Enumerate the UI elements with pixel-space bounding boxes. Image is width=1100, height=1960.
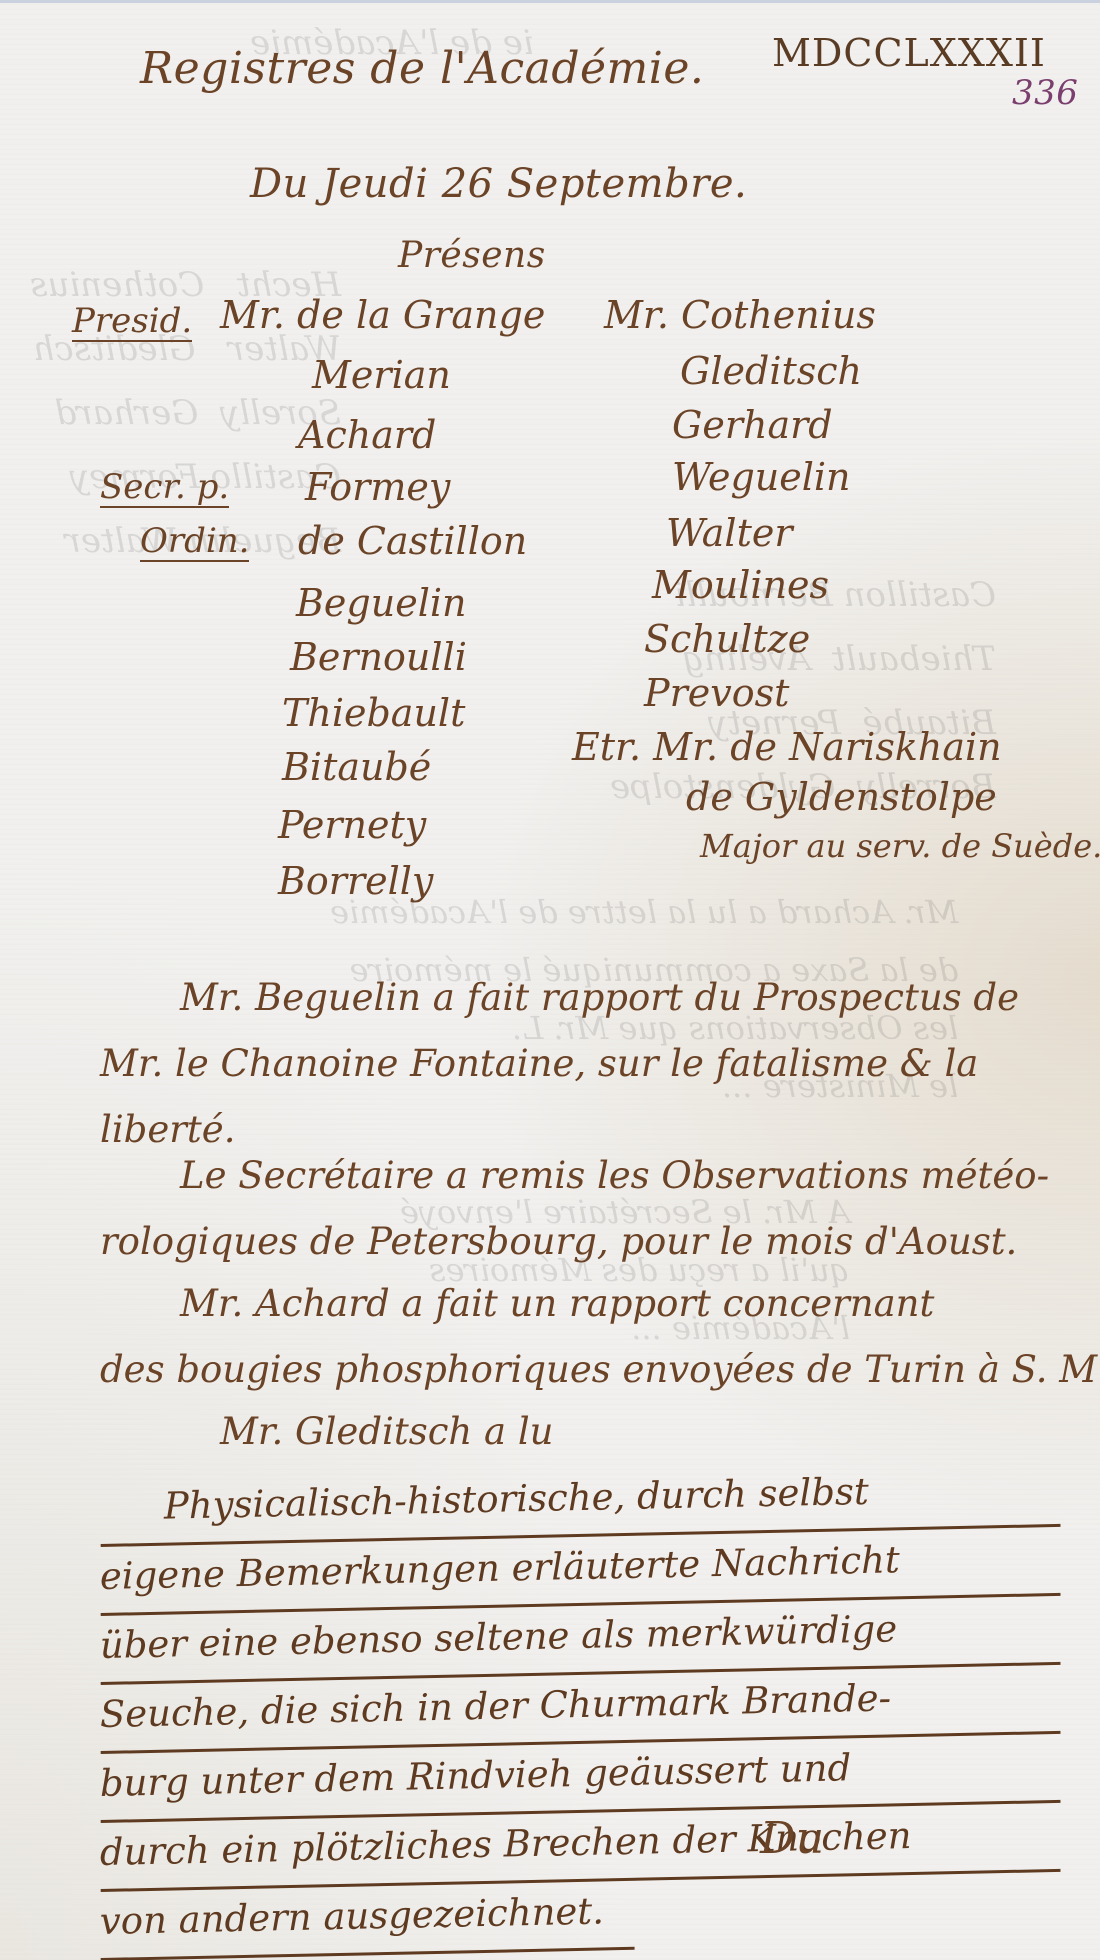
attendee-name: Moulines (652, 563, 829, 607)
minute-line: Mr. Gleditsch a lu (100, 1399, 1060, 1465)
role-secretary-label: Secr. p. (100, 469, 229, 508)
role-ordinary-label: Ordin. (140, 523, 249, 562)
year-roman-numeral: MDCCLXXXII (772, 31, 1046, 75)
minute-entry-secretary-observations: Le Secrétaire a remis les Observations m… (100, 1143, 1060, 1275)
minute-line: des bougies phosphoriques envoyées de Tu… (100, 1337, 1060, 1403)
attendee-name: Prevost (644, 671, 789, 715)
minute-entry-beguelin-report: Mr. Beguelin a fait rapport du Prospectu… (100, 965, 1060, 1163)
attendee-name: Gerhard (672, 403, 833, 447)
minute-entry-achard-report: Mr. Achard a fait un rapport concernant … (100, 1271, 1060, 1403)
attendee-name: Schultze (644, 617, 810, 661)
attendee-name: Mr. de la Grange (220, 293, 545, 337)
attendee-name: Pernety (278, 803, 426, 847)
attendee-name: Weguelin (672, 455, 851, 499)
session-date: Du Jeudi 26 Septembre. (250, 161, 747, 207)
honorary-attendee-name: Etr. Mr. de Nariskhain (572, 725, 1002, 769)
attendee-name: Achard (298, 413, 436, 457)
present-heading: Présens (398, 235, 546, 276)
honorary-attendee-name-line: de Gyldenstolpe (686, 775, 997, 819)
minute-line: Le Secrétaire a remis les Observations m… (100, 1143, 1060, 1209)
honorary-attendee-title-line: Major au serv. de Suède. (700, 827, 1100, 865)
attendee-name: Thiebault (282, 691, 465, 735)
read-paper-title: Physicalisch-historische, durch selbst e… (100, 1478, 1060, 1960)
attendee-name: Beguelin (296, 581, 466, 625)
attendee-name: Borrelly (278, 859, 433, 903)
attendee-name: Merian (312, 353, 451, 397)
role-president-label: Presid. (72, 303, 192, 342)
manuscript-page: ie de l'Académie Hecht Cothenius Walter … (0, 0, 1100, 1960)
attendee-name: Bernoulli (290, 635, 467, 679)
paper-title-line: von andern ausgezeichnet. (99, 1881, 634, 1960)
register-title: Registres de l'Académie. (140, 43, 704, 94)
minute-entry-gleditsch-reading: Mr. Gleditsch a lu (100, 1399, 1060, 1465)
attendee-name: Bitaubé (282, 745, 431, 789)
attendee-name: Walter (666, 511, 793, 555)
attendee-name: de Castillon (298, 519, 527, 563)
minute-line: Mr. Beguelin a fait rapport du Prospectu… (100, 965, 1060, 1031)
minute-line: Mr. Achard a fait un rapport concernant (100, 1271, 1060, 1337)
catchword-signature: Du (760, 1813, 825, 1864)
attendee-name: Mr. Cothenius (604, 293, 876, 337)
folio-number: 336 (1012, 73, 1078, 113)
attendee-name: Gleditsch (680, 349, 862, 393)
minute-line: Mr. le Chanoine Fontaine, sur le fatalis… (100, 1031, 1060, 1097)
minute-line: rologiques de Petersbourg, pour le mois … (100, 1209, 1060, 1275)
attendee-name: Formey (305, 465, 450, 509)
